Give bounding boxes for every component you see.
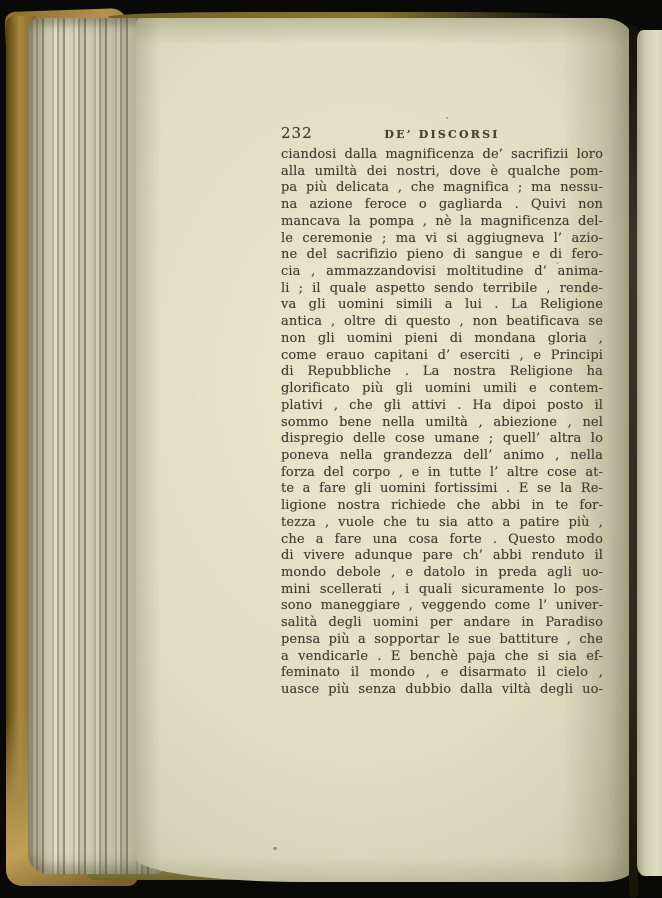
text-line: cia , ammazzandovisi moltitudine d’ anim…	[281, 264, 603, 281]
text-line: non gli uomini pieni di mondana gloria ,	[281, 331, 603, 348]
page-header: 232 DE’ DISCORSI	[281, 120, 603, 147]
text-line: plativi , che gli attivi . Ha dipoi post…	[281, 398, 603, 415]
book-scan: 232 DE’ DISCORSI ciandosi dalla magnific…	[0, 0, 662, 898]
paper-speck	[273, 847, 277, 850]
body-text: ciandosi dalla magnificenza de’ sacrifiz…	[281, 147, 603, 699]
text-line: forza del corpo , e in tutte l’ altre co…	[281, 465, 603, 482]
book-page: 232 DE’ DISCORSI ciandosi dalla magnific…	[136, 18, 632, 882]
text-line: di vivere adunque pare ch’ abbi renduto …	[281, 548, 603, 565]
text-line: le ceremonie ; ma vi si aggiugneva l’ az…	[281, 231, 603, 248]
text-line: a vendicarle . E benchè paja che si sia …	[281, 649, 603, 666]
text-line: mancava la pompa , nè la magnificenza de…	[281, 214, 603, 231]
text-line: dispregio delle cose umane ; quell’ altr…	[281, 431, 603, 448]
text-line: poneva nella grandezza dell’ animo , nel…	[281, 448, 603, 465]
text-line: pa più delicata , che magnifica ; ma nes…	[281, 180, 603, 197]
page-number: 232	[281, 124, 313, 142]
text-line: te a fare gli uomini fortissimi . E se l…	[281, 481, 603, 498]
text-line: uasce più senza dubbio dalla viltà degli…	[281, 682, 603, 699]
text-line: sono maneggiare , veggendo come l’ unive…	[281, 598, 603, 615]
text-line: salità degli uomini per andare in Paradi…	[281, 615, 603, 632]
text-line: li ; il quale aspetto sendo terribile , …	[281, 281, 603, 298]
text-line: mondo debole , e datolo in preda agli uo…	[281, 565, 603, 582]
text-line: glorificato più gli uomini umili e conte…	[281, 381, 603, 398]
text-line: ne del sacrifizio pieno di sangue e di f…	[281, 247, 603, 264]
text-line: come erauo capitani d’ eserciti , e Prin…	[281, 348, 603, 365]
text-line: tezza , vuole che tu sia atto a patire p…	[281, 515, 603, 532]
text-line: antica , oltre di questo , non beatifica…	[281, 314, 603, 331]
next-page-edge	[637, 30, 662, 876]
text-line: sommo bene nella umiltà , abiezione , ne…	[281, 415, 603, 432]
text-line: feminato il mondo , e disarmato il cielo…	[281, 665, 603, 682]
text-line: ligione nostra richiede che abbi in te f…	[281, 498, 603, 515]
text-block: 232 DE’ DISCORSI ciandosi dalla magnific…	[281, 120, 603, 699]
running-title: DE’ DISCORSI	[384, 128, 499, 141]
text-line: pensa più a sopportar le sue battiture ,…	[281, 632, 603, 649]
text-line: va gli uomini simili a lui . La Religion…	[281, 297, 603, 314]
paper-speck	[446, 117, 448, 119]
text-line: ciandosi dalla magnificenza de’ sacrifiz…	[281, 147, 603, 164]
text-line: alla umiltà dei nostri, dove è qualche p…	[281, 164, 603, 181]
text-line: mini scellerati , i quali sicuramente lo…	[281, 582, 603, 599]
paper-speck	[556, 262, 559, 264]
text-line: che a fare una cosa forte . Questo modo	[281, 532, 603, 549]
text-line: di Repubbliche . La nostra Religione ha	[281, 364, 603, 381]
text-line: na azione feroce o gagliarda . Quivi non	[281, 197, 603, 214]
